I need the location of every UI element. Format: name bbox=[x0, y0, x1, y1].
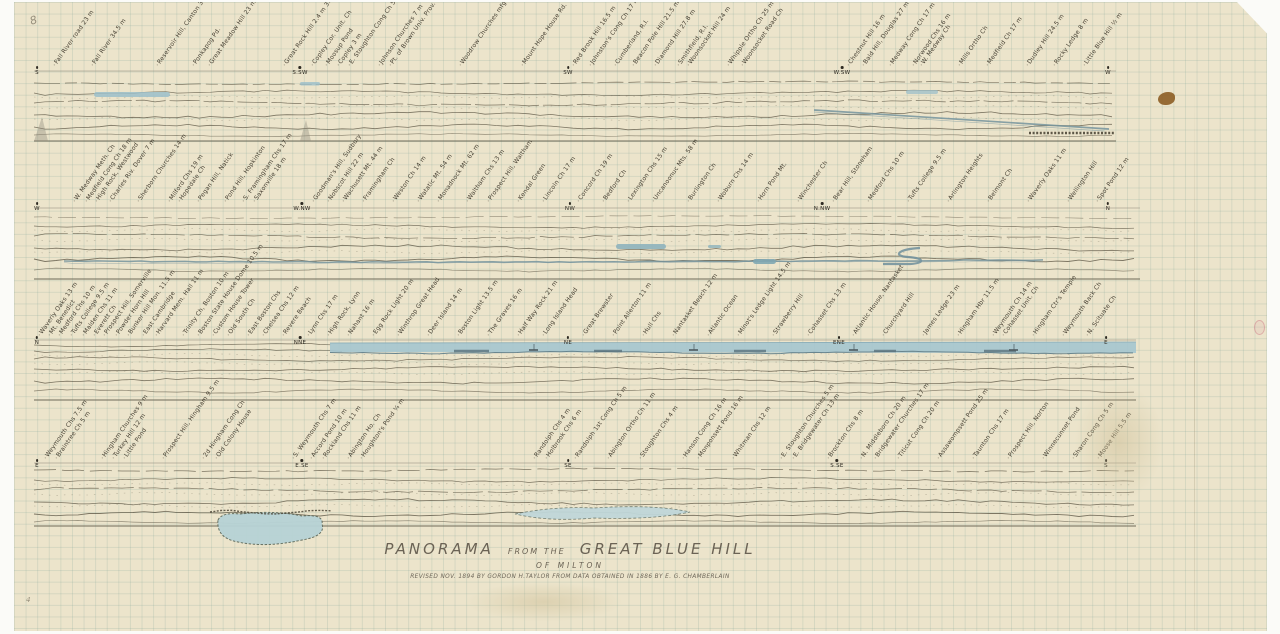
sightline-tick bbox=[299, 66, 302, 69]
compass-mark: N.NW bbox=[814, 202, 831, 212]
credit-line: REVISED NOV. 1894 BY GORDON H.TAYLOR FRO… bbox=[270, 574, 870, 580]
landmark-label: Great Brewster bbox=[581, 293, 615, 338]
sightline-tick bbox=[36, 336, 39, 339]
compass-mark: W.NW bbox=[293, 202, 310, 212]
compass-mark: E bbox=[1104, 336, 1108, 346]
pencil-footer-mark: 4 bbox=[26, 596, 30, 604]
landmark-label: Wellington Hill bbox=[1066, 160, 1099, 204]
horizon-drawing bbox=[34, 339, 1136, 402]
title-line2: OF MILTON bbox=[270, 561, 870, 570]
compass-mark: SW bbox=[563, 66, 573, 76]
landmark-label-row: W. Medway Meth. ChMedfield Cong Ch 18 mH… bbox=[14, 148, 1267, 204]
compass-mark: E.SE bbox=[295, 459, 308, 469]
title-connector: FROM THE bbox=[508, 547, 566, 556]
sightline-tick bbox=[36, 459, 39, 462]
landmark-label: Stoughton Chs 4 m bbox=[638, 405, 680, 461]
landmark-label: Burlington Ch bbox=[686, 162, 718, 204]
paper-blotch bbox=[1074, 382, 1164, 502]
landmark-label: Fall River 34.5 m bbox=[90, 18, 128, 68]
sightline-tick bbox=[36, 66, 39, 69]
sightline-tick bbox=[1107, 66, 1110, 69]
compass-mark: S bbox=[35, 66, 39, 76]
sightline-tick bbox=[836, 459, 839, 462]
sightline-tick bbox=[841, 66, 844, 69]
landmark-label: Medford Chs 10 m bbox=[866, 150, 906, 204]
sightline-tick bbox=[299, 336, 302, 339]
paper-blotch bbox=[464, 582, 624, 622]
landmark-label: Medfield Ch 17 m bbox=[985, 16, 1024, 68]
compass-mark: W.SW bbox=[834, 66, 851, 76]
landmark-label: Weymouth Chs 7.5 m bbox=[43, 399, 89, 461]
compass-mark: S.SE bbox=[830, 459, 843, 469]
landmark-label: Winchester Ch bbox=[796, 160, 829, 204]
horizon-drawing bbox=[34, 462, 1136, 548]
landmark-label: Fall River road 23 m bbox=[52, 10, 95, 68]
sightline-tick bbox=[567, 459, 570, 462]
landmark-label: Lexington Chs 15 m bbox=[626, 146, 669, 204]
landmark-label: Cohasset Chs 13 m bbox=[806, 282, 848, 338]
compass-mark: NE bbox=[564, 336, 572, 346]
graph-paper: Fall River road 23 mFall River 34.5 mRes… bbox=[14, 2, 1267, 631]
landmark-label: Hull Chs bbox=[641, 310, 663, 338]
landmark-label: Woodrow Churches mfg. bbox=[458, 0, 509, 68]
ink-stain bbox=[1158, 92, 1175, 105]
landmark-label: Churchyard Hill bbox=[881, 292, 916, 338]
sightline-tick bbox=[567, 66, 570, 69]
title-block: PANORAMA FROM THE GREAT BLUE HILL OF MIL… bbox=[270, 540, 870, 580]
landmark-label: Lincoln Ch 17 m bbox=[541, 156, 577, 204]
compass-mark: N bbox=[1106, 202, 1110, 212]
landmark-label: Egg Rock Light 20 m bbox=[371, 278, 415, 338]
sightline-tick bbox=[567, 336, 570, 339]
sightline-tick bbox=[36, 202, 39, 205]
landmark-label: Taunton Chs 17 m bbox=[971, 408, 1011, 461]
landmark-label: Arlington Heights bbox=[946, 152, 985, 204]
compass-mark: S.SW bbox=[292, 66, 307, 76]
sightline-tick bbox=[301, 202, 304, 205]
landmark-label: Weymouth Ch 14 m bbox=[991, 281, 1034, 338]
horizon-drawing bbox=[34, 70, 1116, 143]
landmark-label-row: Waverly Oaks 13 mMt. BenedictMedford Chs… bbox=[14, 282, 1267, 338]
landmark-label: Tufts College 9.5 m bbox=[906, 148, 948, 204]
landmark-label: Horn Pond Mt. bbox=[756, 161, 788, 204]
landmark-label: Bedford Ch bbox=[601, 169, 628, 204]
compass-mark: SE bbox=[564, 459, 572, 469]
sightline-tick bbox=[821, 202, 824, 205]
sightline-tick bbox=[1105, 336, 1108, 339]
sightline-tick bbox=[1107, 202, 1110, 205]
landmark-label: Waverly Oaks 11 m bbox=[1026, 147, 1068, 204]
sightline-tick bbox=[569, 202, 572, 205]
landmark-label-row: Fall River road 23 mFall River 34.5 mRes… bbox=[14, 12, 1267, 68]
landmark-label: Strawberry Hill bbox=[771, 293, 805, 338]
paper-crease bbox=[1194, 82, 1195, 630]
landmark-label: Belmont Ch bbox=[986, 168, 1014, 204]
compass-mark: W bbox=[34, 202, 40, 212]
landmark-label: Mount Hope House Rd. bbox=[520, 2, 569, 68]
landmark-label: Whitman Chs 12 m bbox=[731, 405, 772, 461]
title-word: PANORAMA bbox=[384, 540, 493, 558]
compass-mark: NW bbox=[565, 202, 575, 212]
compass-mark: E bbox=[35, 459, 39, 469]
landmark-label: Atlantic Ocean bbox=[706, 294, 739, 338]
scanned-panorama-sheet: Fall River road 23 mFall River 34.5 mRes… bbox=[0, 0, 1280, 634]
landmark-label: Spot Pond 12 m bbox=[1095, 157, 1131, 204]
compass-mark: N bbox=[35, 336, 39, 346]
sightline-tick bbox=[301, 459, 304, 462]
landmark-label: Woburn Chs 14 m bbox=[716, 152, 755, 204]
landmark-label: James Ledge 23 m bbox=[921, 284, 961, 338]
compass-mark: ENE bbox=[833, 336, 845, 346]
compass-mark: W bbox=[1105, 66, 1111, 76]
pink-stamp-mark bbox=[1254, 320, 1265, 335]
sightline-tick bbox=[838, 336, 841, 339]
landmark-label: Titicut Cong Ch 20 m bbox=[896, 400, 941, 461]
compass-mark: NNE bbox=[294, 336, 307, 346]
title-subject: GREAT BLUE HILL bbox=[580, 540, 756, 558]
map-title: PANORAMA FROM THE GREAT BLUE HILL bbox=[270, 540, 870, 558]
